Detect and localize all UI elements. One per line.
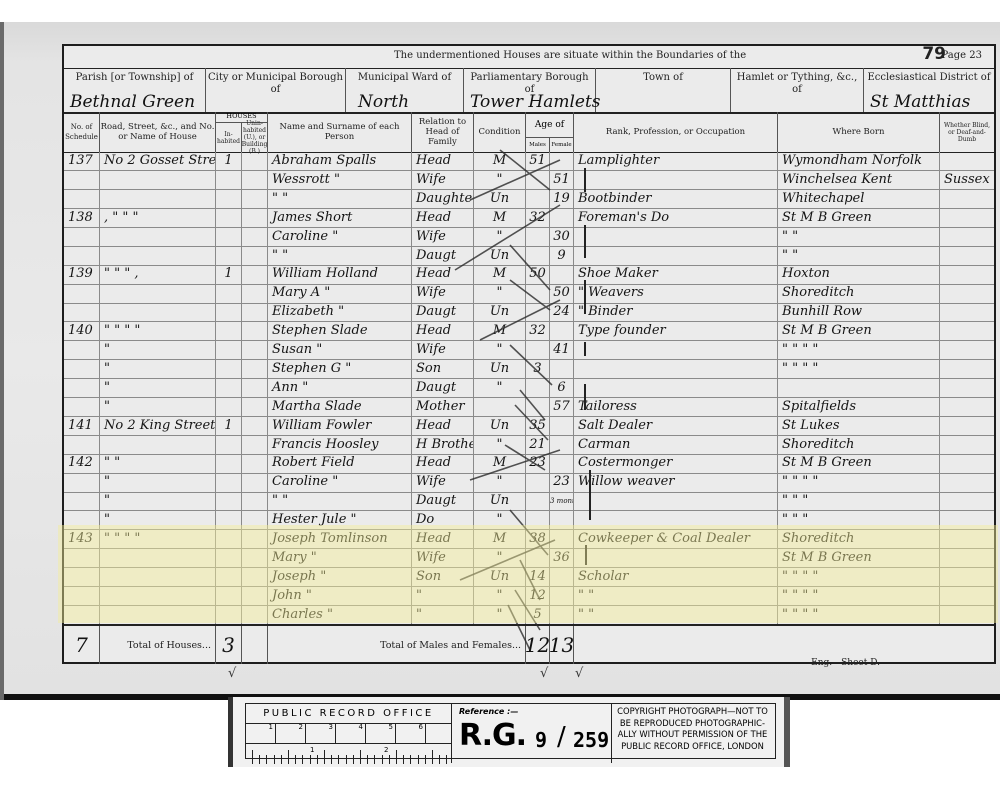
cell-inhabited bbox=[216, 587, 242, 605]
cell-occupation: Foreman's Do bbox=[574, 209, 778, 227]
table-row: Joseph "SonUn14Scholar" " " " bbox=[64, 568, 994, 587]
cell-uninhabited bbox=[242, 606, 268, 624]
scan-edge bbox=[0, 22, 4, 700]
cell-relation: Head bbox=[412, 152, 474, 170]
cell-name: " " bbox=[268, 190, 412, 208]
cell-male-age bbox=[526, 190, 550, 208]
cell-relation: Wife bbox=[412, 473, 474, 491]
cell-street bbox=[100, 587, 216, 605]
cell-relation: Son bbox=[412, 360, 474, 378]
cell-born: " " " " bbox=[778, 360, 940, 378]
table-row: Elizabeth "DaugtUn24" BinderBunhill Row bbox=[64, 303, 994, 322]
cell-relation: Daugt bbox=[412, 379, 474, 397]
cell-inhabited bbox=[216, 492, 242, 510]
cell-male-age: 38 bbox=[526, 530, 550, 548]
col-uninhabited: Unin-habited (U.), or Building (B.) bbox=[242, 123, 268, 152]
cell-male-age bbox=[526, 549, 550, 567]
cell-name: Mary " bbox=[268, 549, 412, 567]
cell-schedule: 137 bbox=[64, 152, 100, 170]
ruler-tick bbox=[360, 750, 361, 764]
table-row: "Hester Jule "Do"" " " bbox=[64, 511, 994, 530]
cell-inhabited: 1 bbox=[216, 152, 242, 170]
cell-blind bbox=[940, 209, 994, 227]
col-females: Female bbox=[550, 138, 574, 152]
cell-uninhabited bbox=[242, 228, 268, 246]
cell-uninhabited bbox=[242, 587, 268, 605]
cell-female-age bbox=[550, 587, 574, 605]
cell-inhabited bbox=[216, 247, 242, 265]
sheet-header: The undermentioned Houses are situate wi… bbox=[64, 46, 994, 69]
cell-name: " " bbox=[268, 247, 412, 265]
cell-name: Caroline " bbox=[268, 473, 412, 491]
cell-inhabited bbox=[216, 341, 242, 359]
cell-condition: M bbox=[474, 530, 526, 548]
col-occupation: Rank, Profession, or Occupation bbox=[574, 112, 778, 152]
cell-born: St M B Green bbox=[778, 322, 940, 340]
cell-inhabited bbox=[216, 284, 242, 302]
table-row: 140" " " "Stephen SladeHeadM32Type found… bbox=[64, 322, 994, 341]
cell-uninhabited bbox=[242, 417, 268, 435]
cell-male-age bbox=[526, 228, 550, 246]
cell-relation: Daugt bbox=[412, 303, 474, 321]
cell-uninhabited bbox=[242, 171, 268, 189]
ruler-tick bbox=[374, 755, 375, 764]
total-houses: 3 bbox=[216, 626, 242, 664]
cell-street bbox=[100, 247, 216, 265]
cell-born: Whitechapel bbox=[778, 190, 940, 208]
cell-condition: Un bbox=[474, 190, 526, 208]
cell-condition: Un bbox=[474, 360, 526, 378]
cell-blind bbox=[940, 284, 994, 302]
cell-street: " bbox=[100, 492, 216, 510]
cell-male-age: 12 bbox=[526, 587, 550, 605]
cell-blind bbox=[940, 360, 994, 378]
table-row: " "DaughterUn19BootbinderWhitechapel bbox=[64, 190, 994, 209]
cell-blind bbox=[940, 417, 994, 435]
cell-born: " " " bbox=[778, 511, 940, 529]
cell-schedule bbox=[64, 492, 100, 510]
cell-relation: Head bbox=[412, 417, 474, 435]
cell-street: No 2 King Street bbox=[100, 417, 216, 435]
ruler-tick bbox=[288, 750, 289, 764]
cell-street: " " " " bbox=[100, 322, 216, 340]
cell-occupation bbox=[574, 228, 778, 246]
cell-uninhabited bbox=[242, 152, 268, 170]
cell-inhabited bbox=[216, 171, 242, 189]
cell-inhabited bbox=[216, 606, 242, 624]
cell-name: Robert Field bbox=[268, 454, 412, 472]
ruler-tick bbox=[331, 755, 332, 764]
cell-occupation: Shoe Maker bbox=[574, 265, 778, 283]
cell-condition: " bbox=[474, 606, 526, 624]
cell-name: Susan " bbox=[268, 341, 412, 359]
cell-occupation: Bootbinder bbox=[574, 190, 778, 208]
place-headings: Parish [or Township] of Bethnal Green Ci… bbox=[64, 68, 994, 114]
cell-blind bbox=[940, 303, 994, 321]
cell-female-age bbox=[550, 360, 574, 378]
table-row: Mary A "Wife"50" WeaversShoreditch bbox=[64, 284, 994, 303]
cell-blind bbox=[940, 454, 994, 472]
cell-female-age: 6 bbox=[550, 379, 574, 397]
table-row: John """12" "" " " " bbox=[64, 587, 994, 606]
ruler-tick bbox=[410, 755, 411, 764]
cell-relation: Son bbox=[412, 568, 474, 586]
census-sheet: The undermentioned Houses are situate wi… bbox=[62, 44, 996, 664]
cell-schedule bbox=[64, 511, 100, 529]
cell-street: " " " " bbox=[100, 530, 216, 548]
cell-uninhabited bbox=[242, 265, 268, 283]
cell-born: " " bbox=[778, 228, 940, 246]
cell-born: St M B Green bbox=[778, 454, 940, 472]
cell-blind bbox=[940, 379, 994, 397]
parish-field: Parish [or Township] of Bethnal Green bbox=[64, 68, 206, 112]
cell-condition: " bbox=[474, 587, 526, 605]
tick-mark: √ bbox=[540, 666, 548, 681]
cell-inhabited: 1 bbox=[216, 265, 242, 283]
sheet-footer: Eng.—Sheet D. bbox=[811, 658, 880, 668]
cell-blind bbox=[940, 587, 994, 605]
ruler-tick bbox=[252, 750, 253, 764]
cell-blind bbox=[940, 549, 994, 567]
ruler-tick bbox=[446, 755, 447, 764]
cell-female-age bbox=[550, 322, 574, 340]
cell-uninhabited bbox=[242, 492, 268, 510]
cell-occupation bbox=[574, 511, 778, 529]
cell-occupation: " Binder bbox=[574, 303, 778, 321]
cell-blind bbox=[940, 398, 994, 416]
cell-schedule bbox=[64, 568, 100, 586]
column-headers: No. of Schedule Road, Street, &c., and N… bbox=[64, 112, 994, 153]
cell-street: " bbox=[100, 511, 216, 529]
cell-female-age: 24 bbox=[550, 303, 574, 321]
cell-occupation bbox=[574, 379, 778, 397]
ruler-tick bbox=[281, 755, 282, 764]
cell-occupation: Tailoress bbox=[574, 398, 778, 416]
cell-schedule bbox=[64, 171, 100, 189]
col-condition: Condition bbox=[474, 112, 526, 152]
cell-inhabited bbox=[216, 303, 242, 321]
cell-schedule bbox=[64, 190, 100, 208]
cell-uninhabited bbox=[242, 436, 268, 454]
cell-name: Elizabeth " bbox=[268, 303, 412, 321]
cell-occupation: " " bbox=[574, 587, 778, 605]
cell-male-age: 3 bbox=[526, 360, 550, 378]
cell-born: Wymondham Norfolk bbox=[778, 152, 940, 170]
cell-name: Francis Hoosley bbox=[268, 436, 412, 454]
cell-relation: Head bbox=[412, 530, 474, 548]
cell-schedule bbox=[64, 587, 100, 605]
cell-male-age: 32 bbox=[526, 322, 550, 340]
total-blank bbox=[574, 626, 994, 664]
cell-uninhabited bbox=[242, 473, 268, 491]
cell-schedule bbox=[64, 398, 100, 416]
table-row: " "DaugtUn9" " bbox=[64, 247, 994, 266]
reference-piece: 259 bbox=[573, 728, 609, 752]
cell-relation: Head bbox=[412, 454, 474, 472]
cell-condition: " bbox=[474, 284, 526, 302]
cell-street: , " " " bbox=[100, 209, 216, 227]
cell-occupation bbox=[574, 341, 778, 359]
copyright-notice: COPYRIGHT PHOTOGRAPH—NOT TO BE REPRODUCE… bbox=[614, 706, 771, 752]
table-row: Francis HoosleyH Brother"21CarmanShoredi… bbox=[64, 436, 994, 455]
cell-blind bbox=[940, 152, 994, 170]
cell-male-age: 35 bbox=[526, 417, 550, 435]
cell-occupation: " Weavers bbox=[574, 284, 778, 302]
cell-street: " bbox=[100, 398, 216, 416]
cell-male-age bbox=[526, 379, 550, 397]
ecclesiastical-district-field: Ecclesiastical District of St Matthias bbox=[864, 68, 994, 112]
table-row: "Caroline "Wife"23Willow weaver" " " " bbox=[64, 473, 994, 492]
ruler-tick bbox=[389, 755, 390, 764]
cell-male-age: 21 bbox=[526, 436, 550, 454]
ruler-tick bbox=[439, 755, 440, 764]
cell-relation: " bbox=[412, 587, 474, 605]
cell-name: James Short bbox=[268, 209, 412, 227]
cell-schedule: 143 bbox=[64, 530, 100, 548]
cell-male-age bbox=[526, 171, 550, 189]
cell-street bbox=[100, 568, 216, 586]
cell-female-age bbox=[550, 209, 574, 227]
cell-blind bbox=[940, 492, 994, 510]
ruler-tick bbox=[396, 750, 397, 764]
cell-male-age bbox=[526, 303, 550, 321]
boundaries-title: The undermentioned Houses are situate wi… bbox=[394, 50, 746, 61]
cell-male-age: 23 bbox=[526, 454, 550, 472]
ruler-tick bbox=[259, 755, 260, 764]
cell-street bbox=[100, 436, 216, 454]
cell-born: Shoreditch bbox=[778, 436, 940, 454]
cell-female-age bbox=[550, 152, 574, 170]
cell-born: St Lukes bbox=[778, 417, 940, 435]
table-row: Wessrott "Wife"51Winchelsea KentSussex bbox=[64, 171, 994, 190]
cell-uninhabited bbox=[242, 190, 268, 208]
cell-name: Wessrott " bbox=[268, 171, 412, 189]
cell-born: St M B Green bbox=[778, 549, 940, 567]
cell-female-age bbox=[550, 568, 574, 586]
cell-condition: Un bbox=[474, 303, 526, 321]
cell-inhabited bbox=[216, 322, 242, 340]
cell-name: William Holland bbox=[268, 265, 412, 283]
cell-female-age bbox=[550, 417, 574, 435]
cell-inhabited bbox=[216, 190, 242, 208]
cell-inhabited bbox=[216, 473, 242, 491]
cell-born: Winchelsea Kent bbox=[778, 171, 940, 189]
pro-title: PUBLIC RECORD OFFICE bbox=[246, 704, 452, 724]
cell-relation: H Brother bbox=[412, 436, 474, 454]
cell-female-age bbox=[550, 530, 574, 548]
cell-born: Shoreditch bbox=[778, 530, 940, 548]
cell-condition: " bbox=[474, 171, 526, 189]
cell-street: " bbox=[100, 341, 216, 359]
ruler-tick bbox=[425, 755, 426, 764]
col-where-born: Where Born bbox=[778, 112, 940, 152]
cell-condition: Un bbox=[474, 568, 526, 586]
cell-schedule bbox=[64, 360, 100, 378]
cell-schedule bbox=[64, 341, 100, 359]
cell-born: " " bbox=[778, 247, 940, 265]
cell-male-age: 32 bbox=[526, 209, 550, 227]
cell-condition: " bbox=[474, 549, 526, 567]
cell-schedule bbox=[64, 284, 100, 302]
table-row: Caroline "Wife"30" " bbox=[64, 228, 994, 247]
cell-female-age bbox=[550, 511, 574, 529]
cell-condition: " bbox=[474, 379, 526, 397]
pro-reference: Reference :— R.G. 9 / 259 bbox=[453, 704, 612, 763]
table-row: 139" " " ,1William HollandHeadM50Shoe Ma… bbox=[64, 265, 994, 284]
borough-field: City or Municipal Borough of bbox=[206, 68, 346, 112]
ruler-tick bbox=[382, 755, 383, 764]
page-number: Page 23 bbox=[942, 50, 982, 61]
cell-condition: M bbox=[474, 454, 526, 472]
cell-relation: " bbox=[412, 606, 474, 624]
cell-inhabited: 1 bbox=[216, 417, 242, 435]
cell-uninhabited bbox=[242, 511, 268, 529]
total-females: 13 bbox=[550, 626, 574, 664]
ruler-tick bbox=[418, 755, 419, 764]
cell-name: William Fowler bbox=[268, 417, 412, 435]
cell-street bbox=[100, 606, 216, 624]
cell-schedule bbox=[64, 473, 100, 491]
cell-male-age bbox=[526, 284, 550, 302]
cell-street bbox=[100, 190, 216, 208]
cell-male-age bbox=[526, 398, 550, 416]
cell-name: " " bbox=[268, 492, 412, 510]
cell-female-age: 9 bbox=[550, 247, 574, 265]
cell-uninhabited bbox=[242, 454, 268, 472]
cell-blind: Sussex bbox=[940, 171, 994, 189]
cell-relation: Daughter bbox=[412, 190, 474, 208]
cell-occupation bbox=[574, 247, 778, 265]
cell-schedule bbox=[64, 436, 100, 454]
cell-relation: Head bbox=[412, 265, 474, 283]
cell-street bbox=[100, 228, 216, 246]
table-row: "Ann "Daugt"6 bbox=[64, 379, 994, 398]
cell-street: " bbox=[100, 379, 216, 397]
cell-blind bbox=[940, 606, 994, 624]
cell-condition: Un bbox=[474, 492, 526, 510]
total-schedules: 7 bbox=[64, 626, 100, 664]
table-row: 137No 2 Gosset Street1Abraham SpallsHead… bbox=[64, 152, 994, 171]
cell-name: Stephen G " bbox=[268, 360, 412, 378]
table-row: "Martha SladeMother57TailoressSpitalfiel… bbox=[64, 398, 994, 417]
cell-street: " bbox=[100, 360, 216, 378]
cell-occupation bbox=[574, 360, 778, 378]
cell-condition: M bbox=[474, 322, 526, 340]
cell-relation: Daugt bbox=[412, 492, 474, 510]
tick-mark: √ bbox=[575, 666, 583, 681]
cell-street bbox=[100, 303, 216, 321]
cell-born: Shoreditch bbox=[778, 284, 940, 302]
cell-name: Abraham Spalls bbox=[268, 152, 412, 170]
cell-condition: Un bbox=[474, 417, 526, 435]
cell-male-age: 50 bbox=[526, 265, 550, 283]
cell-occupation: Carman bbox=[574, 436, 778, 454]
cell-schedule: 139 bbox=[64, 265, 100, 283]
col-schedule: No. of Schedule bbox=[64, 112, 100, 152]
cell-occupation bbox=[574, 171, 778, 189]
cell-schedule bbox=[64, 379, 100, 397]
cell-born bbox=[778, 379, 940, 397]
col-inhabited: In-habited bbox=[216, 123, 242, 152]
cell-female-age: 57 bbox=[550, 398, 574, 416]
cell-male-age bbox=[526, 492, 550, 510]
col-relation: Relation to Head of Family bbox=[412, 112, 474, 152]
cell-occupation: Costermonger bbox=[574, 454, 778, 472]
cell-inhabited bbox=[216, 379, 242, 397]
cell-occupation: Salt Dealer bbox=[574, 417, 778, 435]
cell-male-age bbox=[526, 247, 550, 265]
cell-relation: Wife bbox=[412, 284, 474, 302]
cell-occupation: " " bbox=[574, 606, 778, 624]
cell-street: No 2 Gosset Street bbox=[100, 152, 216, 170]
cell-name: Joseph " bbox=[268, 568, 412, 586]
cell-relation: Head bbox=[412, 209, 474, 227]
cell-blind bbox=[940, 473, 994, 491]
col-age: Age of bbox=[526, 112, 574, 138]
table-row: "Stephen G "SonUn3" " " " bbox=[64, 360, 994, 379]
cell-female-age: 51 bbox=[550, 171, 574, 189]
cell-name: Stephen Slade bbox=[268, 322, 412, 340]
cell-condition: M bbox=[474, 265, 526, 283]
cell-born: Bunhill Row bbox=[778, 303, 940, 321]
tick-mark: √ bbox=[228, 666, 236, 681]
reference-series: 9 bbox=[535, 728, 547, 752]
cell-born: Hoxton bbox=[778, 265, 940, 283]
cell-uninhabited bbox=[242, 530, 268, 548]
cell-uninhabited bbox=[242, 247, 268, 265]
cell-name: Joseph Tomlinson bbox=[268, 530, 412, 548]
cell-occupation: Type founder bbox=[574, 322, 778, 340]
cell-blind bbox=[940, 247, 994, 265]
cell-female-age: 23 bbox=[550, 473, 574, 491]
ruler-tick bbox=[367, 755, 368, 764]
cell-condition: M bbox=[474, 152, 526, 170]
cell-relation: Do bbox=[412, 511, 474, 529]
cell-born: Spitalfields bbox=[778, 398, 940, 416]
cell-blind bbox=[940, 341, 994, 359]
ruler-tick bbox=[338, 755, 339, 764]
cell-female-age: 41 bbox=[550, 341, 574, 359]
cell-schedule bbox=[64, 606, 100, 624]
cell-male-age: 5 bbox=[526, 606, 550, 624]
cell-occupation: Lamplighter bbox=[574, 152, 778, 170]
cell-female-age: 36 bbox=[550, 549, 574, 567]
cell-blind bbox=[940, 322, 994, 340]
cell-female-age bbox=[550, 454, 574, 472]
cell-uninhabited bbox=[242, 322, 268, 340]
cell-male-age bbox=[526, 473, 550, 491]
total-houses-label: Total of Houses... bbox=[100, 626, 216, 664]
cell-inhabited bbox=[216, 398, 242, 416]
cell-street bbox=[100, 171, 216, 189]
cell-inhabited bbox=[216, 511, 242, 529]
cell-male-age: 51 bbox=[526, 152, 550, 170]
cell-inhabited bbox=[216, 436, 242, 454]
cell-uninhabited bbox=[242, 209, 268, 227]
cell-schedule: 140 bbox=[64, 322, 100, 340]
cell-name: Mary A " bbox=[268, 284, 412, 302]
cell-uninhabited bbox=[242, 341, 268, 359]
cell-occupation: Willow weaver bbox=[574, 473, 778, 491]
cell-street bbox=[100, 549, 216, 567]
cell-relation: Head bbox=[412, 322, 474, 340]
cell-uninhabited bbox=[242, 549, 268, 567]
cell-blind bbox=[940, 228, 994, 246]
cell-female-age: 3 months bbox=[550, 492, 574, 510]
cell-female-age bbox=[550, 606, 574, 624]
cell-condition: " bbox=[474, 473, 526, 491]
cell-street bbox=[100, 284, 216, 302]
